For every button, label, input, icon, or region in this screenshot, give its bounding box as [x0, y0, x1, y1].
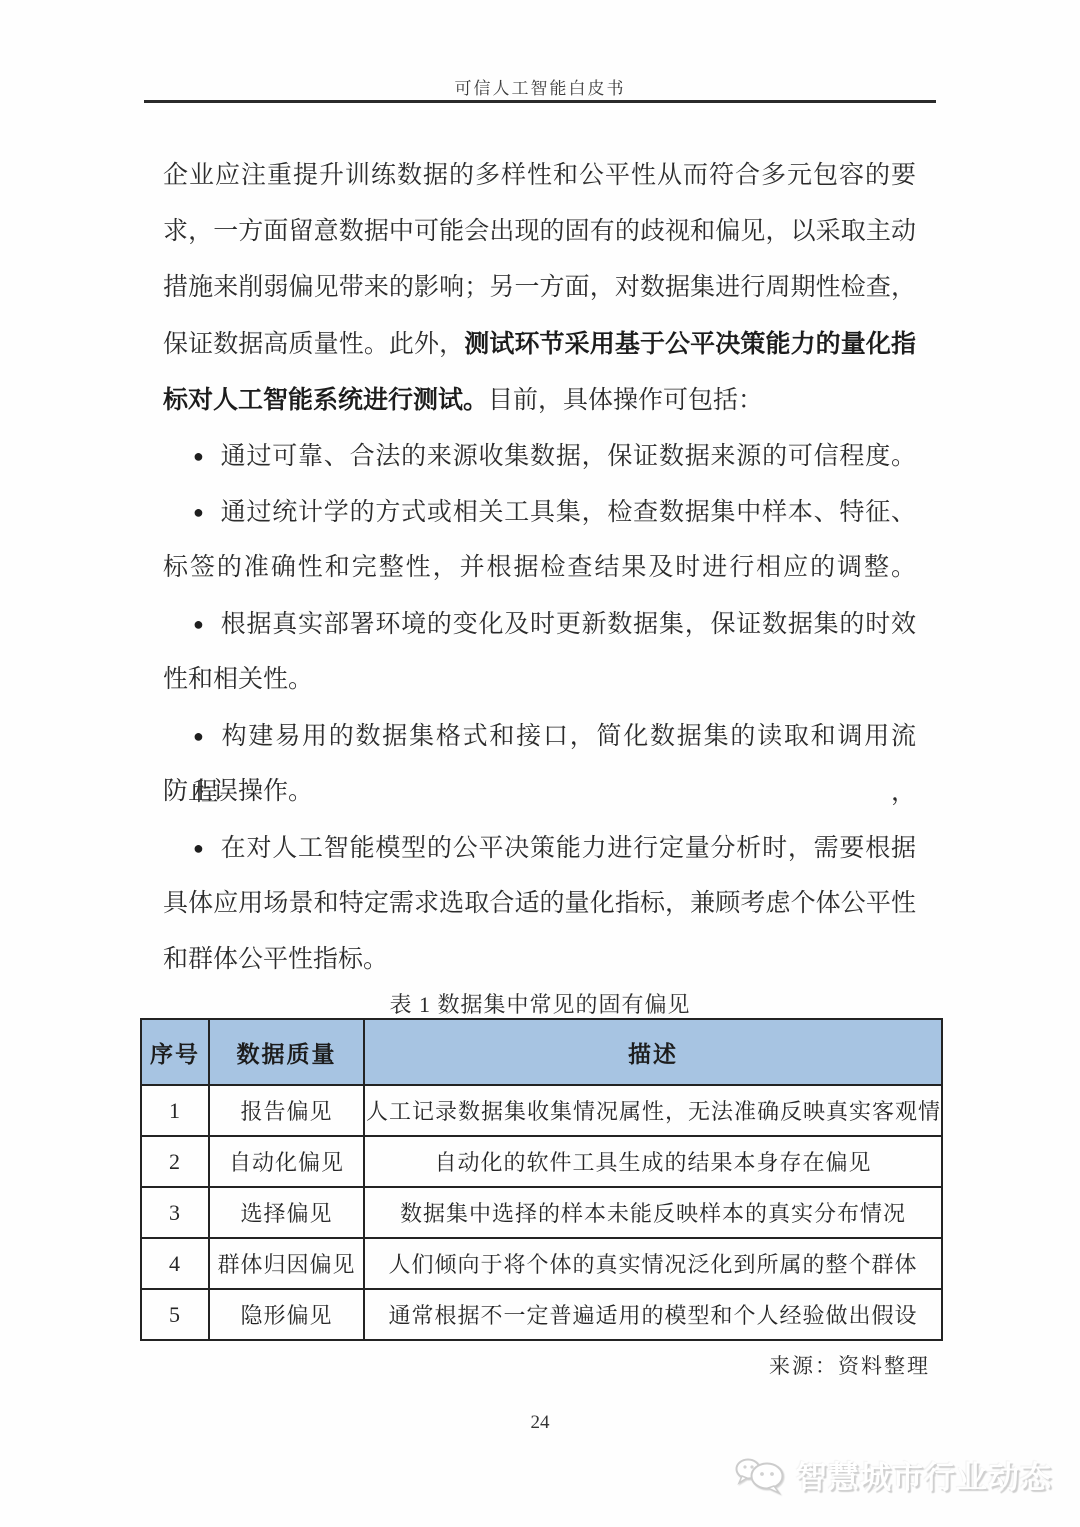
bullet-line: ●根据真实部署环境的变化及时更新数据集，保证数据集的时效 — [163, 596, 916, 652]
paragraph-text-bold: 标对人工智能系统进行测试。 — [163, 386, 488, 414]
cell-type: 隐形偏见 — [209, 1289, 364, 1340]
body-text: 企业应注重提升训练数据的多样性和公平性从而符合多元包容的要 求，一方面留意数据中… — [163, 148, 916, 988]
table-source-note: 来源：资料整理 — [140, 1350, 930, 1380]
paragraph-line: 企业应注重提升训练数据的多样性和公平性从而符合多元包容的要 — [163, 148, 916, 204]
bullet-icon: ● — [193, 726, 206, 746]
table-row: 1 报告偏见 人工记录数据集收集情况属性，无法准确反映真实客观情况 — [141, 1085, 942, 1136]
paragraph-line: 措施来削弱偏见带来的影响；另一方面，对数据集进行周期性检查， — [163, 260, 916, 316]
col-header-desc: 描述 — [364, 1019, 942, 1085]
cell-type: 自动化偏见 — [209, 1136, 364, 1187]
header-title: 可信人工智能白皮书 — [0, 74, 1080, 99]
bullet-text: 通过可靠、合法的来源收集数据，保证数据来源的可信程度。 — [221, 443, 916, 470]
bullet-icon: ● — [193, 838, 205, 858]
bullet-icon: ● — [193, 614, 205, 634]
table-row: 2 自动化偏见 自动化的软件工具生成的结果本身存在偏见 — [141, 1136, 942, 1187]
cell-desc: 人们倾向于将个体的真实情况泛化到所属的整个群体 — [364, 1238, 942, 1289]
document-page: 可信人工智能白皮书 企业应注重提升训练数据的多样性和公平性从而符合多元包容的要 … — [0, 0, 1080, 1527]
page-number: 24 — [0, 1412, 1080, 1434]
col-header-quality: 数据质量 — [209, 1019, 364, 1085]
paragraph-line: 求，一方面留意数据中可能会出现的固有的歧视和偏见，以采取主动 — [163, 204, 916, 260]
header-rule — [144, 100, 936, 103]
table-row: 3 选择偏见 数据集中选择的样本未能反映样本的真实分布情况 — [141, 1187, 942, 1238]
bullet-icon: ● — [193, 502, 205, 522]
cell-no: 3 — [141, 1187, 209, 1238]
bullet-line: ●在对人工智能模型的公平决策能力进行定量分析时，需要根据 — [163, 820, 916, 876]
cell-no: 4 — [141, 1238, 209, 1289]
cell-no: 2 — [141, 1136, 209, 1187]
bullet-line: 性和相关性。 — [163, 652, 916, 708]
bias-table: 序号 数据质量 描述 1 报告偏见 人工记录数据集收集情况属性，无法准确反映真实… — [140, 1018, 943, 1341]
table-caption: 表 1 数据集中常见的固有偏见 — [0, 988, 1080, 1019]
bullet-line: 具体应用场景和特定需求选取合适的量化指标，兼顾考虑个体公平性 — [163, 876, 916, 932]
table-header-row: 序号 数据质量 描述 — [141, 1019, 942, 1085]
watermark: 智慧城市行业动态 — [734, 1452, 1052, 1497]
cell-type: 选择偏见 — [209, 1187, 364, 1238]
col-header-no: 序号 — [141, 1019, 209, 1085]
cell-desc: 通常根据不一定普遍适用的模型和个人经验做出假设 — [364, 1289, 942, 1340]
paragraph-text-bold: 测试环节采用基于公平决策能力的量化指 — [464, 330, 916, 358]
paragraph-line: 标对人工智能系统进行测试。目前，具体操作可包括： — [163, 372, 916, 428]
paragraph-text: 目前，具体操作可包括： — [488, 387, 763, 414]
cell-no: 5 — [141, 1289, 209, 1340]
cell-desc: 自动化的软件工具生成的结果本身存在偏见 — [364, 1136, 942, 1187]
table-row: 4 群体归因偏见 人们倾向于将个体的真实情况泛化到所属的整个群体 — [141, 1238, 942, 1289]
bullet-text: 根据真实部署环境的变化及时更新数据集，保证数据集的时效 — [221, 611, 916, 638]
cell-type: 群体归因偏见 — [209, 1238, 364, 1289]
bullet-line: ●构建易用的数据集格式和接口，简化数据集的读取和调用流程， — [163, 708, 916, 764]
bullet-line: 标签的准确性和完整性，并根据检查结果及时进行相应的调整。 — [163, 540, 916, 596]
bullet-line: ●通过统计学的方式或相关工具集，检查数据集中样本、特征、 — [163, 484, 916, 540]
paragraph-line: 保证数据高质量性。此外，测试环节采用基于公平决策能力的量化指 — [163, 316, 916, 372]
bullet-text: 通过统计学的方式或相关工具集，检查数据集中样本、特征、 — [221, 499, 916, 526]
bullet-icon: ● — [193, 446, 205, 466]
table-row: 5 隐形偏见 通常根据不一定普遍适用的模型和个人经验做出假设 — [141, 1289, 942, 1340]
chat-bubbles-icon — [734, 1454, 788, 1496]
cell-desc: 数据集中选择的样本未能反映样本的真实分布情况 — [364, 1187, 942, 1238]
watermark-label: 智慧城市行业动态 — [796, 1452, 1052, 1497]
paragraph-text: 保证数据高质量性。此外， — [163, 331, 464, 358]
bullet-line: ●通过可靠、合法的来源收集数据，保证数据来源的可信程度。 — [163, 428, 916, 484]
cell-type: 报告偏见 — [209, 1085, 364, 1136]
cell-desc: 人工记录数据集收集情况属性，无法准确反映真实客观情况 — [364, 1085, 942, 1136]
bullet-text: 在对人工智能模型的公平决策能力进行定量分析时，需要根据 — [221, 835, 916, 862]
bullet-line: 和群体公平性指标。 — [163, 932, 916, 988]
cell-no: 1 — [141, 1085, 209, 1136]
